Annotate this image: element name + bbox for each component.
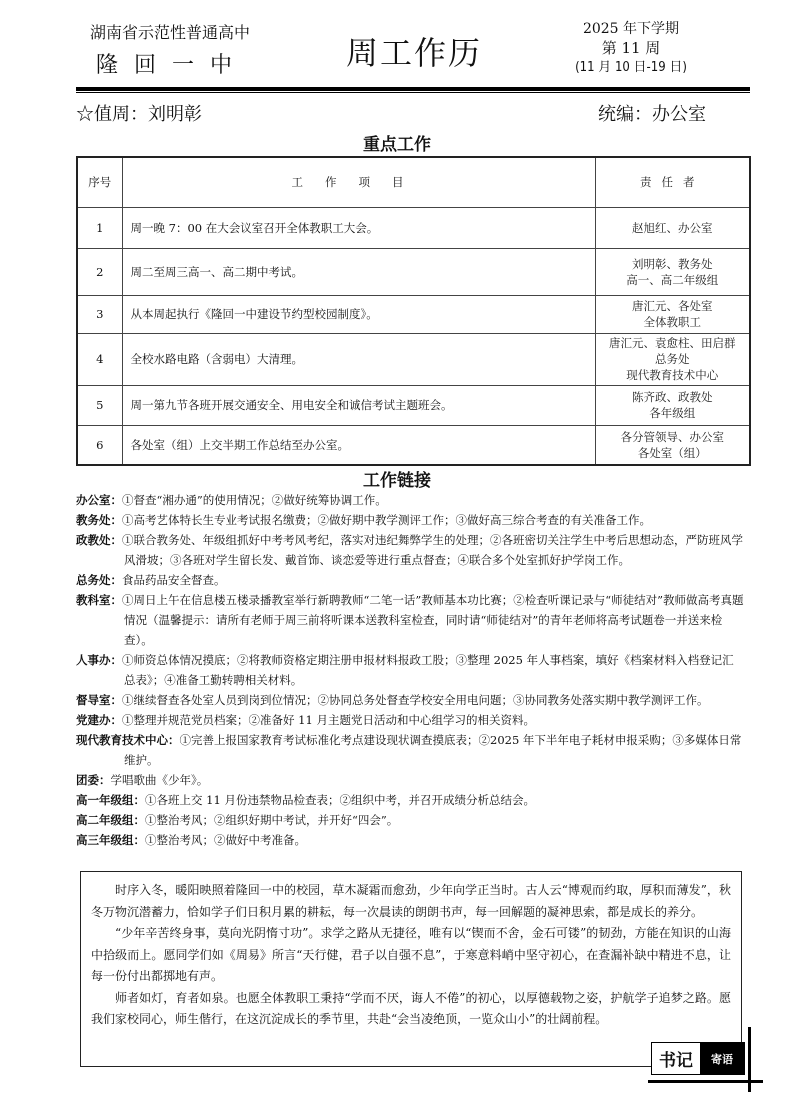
term-label: 2025 年下学期 bbox=[546, 20, 716, 39]
link-item-personnel: 人事办：①师资总体情况摸底；②将教师资格定期注册申报材料报政工股；③整理 202… bbox=[76, 650, 744, 690]
owner-line: 刘明彰、教务处 bbox=[596, 256, 750, 272]
owner-line: 各分管领导、办公室 bbox=[596, 429, 750, 445]
secretary-message-box: 时序入冬，暖阳映照着隆回一中的校园，草木凝霜而愈劲，少年向学正当时。古人云“博观… bbox=[80, 871, 742, 1067]
message-paragraph: 师者如灯，育者如泉。也愿全体教职工秉持“学而不厌，诲人不倦”的初心，以厚德载物之… bbox=[91, 988, 731, 1031]
date-range: (11 月 10 日-19 日) bbox=[546, 58, 716, 77]
header-rule-thin bbox=[76, 92, 750, 93]
badge-label-secretary: 书记 bbox=[652, 1043, 700, 1074]
duty-officer: ☆值周：刘明彰 bbox=[76, 100, 202, 126]
row-number: 2 bbox=[77, 248, 122, 295]
link-item-research-office: 教科室：①周日上午在信息楼五楼录播教室举行新聘教师“二笔一话”教师基本功比赛；②… bbox=[76, 590, 744, 650]
dept-tasks: 食品药品安全督查。 bbox=[122, 573, 226, 587]
link-item-supervision: 督导室：①继续督查各处室人员到岗到位情况；②协同总务处督查学校安全用电问题；③协… bbox=[76, 690, 744, 710]
column-header-no: 序号 bbox=[77, 157, 122, 207]
link-item-edtech-center: 现代教育技术中心：①完善上报国家教育考试标准化考点建设现状调查摸底表；②2025… bbox=[76, 730, 744, 770]
dept-tasks: ①完善上报国家教育考试标准化考点建设现状调查摸底表；②2025 年下半年电子耗材… bbox=[124, 733, 741, 767]
row-item: 周一晚 7：00 在大会议室召开全体教职工大会。 bbox=[122, 207, 595, 248]
dept-label: 党建办： bbox=[76, 713, 122, 727]
table-row: 5 周一第九节各班开展交通安全、用电安全和诚信考试主题班会。 陈齐政、政教处 各… bbox=[77, 385, 750, 425]
header-rule-thick bbox=[76, 87, 750, 91]
owner-line: 赵旭红、办公室 bbox=[596, 220, 750, 236]
row-number: 6 bbox=[77, 425, 122, 465]
term-block: 2025 年下学期 第 11 周 (11 月 10 日-19 日) bbox=[546, 20, 716, 77]
dept-tasks: ①联合教务处、年级组抓好中考考风考纪，落实对违纪舞弊学生的处理；②各班密切关注学… bbox=[122, 533, 743, 567]
badge-label-message: 寄语 bbox=[700, 1043, 744, 1074]
table-row: 4 全校水路电路（含弱电）大清理。 唐汇元、袁愈柱、田启群 总务处 现代教育技术… bbox=[77, 333, 750, 385]
dept-label: 教务处： bbox=[76, 513, 122, 527]
document-header: 湖南省示范性普通高中 隆回一中 周工作历 2025 年下学期 第 11 周 (1… bbox=[76, 18, 750, 82]
dept-tasks: ①整治考风；②做好中考准备。 bbox=[145, 833, 306, 847]
row-item: 周二至周三高一、高二期中考试。 bbox=[122, 248, 595, 295]
message-paragraph: 时序入冬，暖阳映照着隆回一中的校园，草木凝霜而愈劲，少年向学正当时。古人云“博观… bbox=[91, 880, 731, 923]
owner-line: 陈齐政、政教处 bbox=[596, 389, 750, 405]
owner-line: 现代教育技术中心 bbox=[596, 367, 750, 383]
owner-line: 唐汇元、袁愈柱、田启群 bbox=[596, 335, 750, 351]
dept-tasks: ①整理并规范党员档案；②准备好 11 月主题党日活动和中心组学习的相关资料。 bbox=[122, 713, 535, 727]
row-owner: 赵旭红、办公室 bbox=[595, 207, 750, 248]
editor-label: 统编：办公室 bbox=[598, 100, 706, 126]
dept-label: 督导室： bbox=[76, 693, 122, 707]
key-work-title: 重点工作 bbox=[0, 130, 794, 155]
link-item-office: 办公室：①督查“湘办通”的使用情况；②做好统筹协调工作。 bbox=[76, 490, 744, 510]
link-item-general-affairs: 总务处：食品药品安全督查。 bbox=[76, 570, 744, 590]
dept-tasks: ①各班上交 11 月份违禁物品检查表；②组织中考，并召开成绩分析总结会。 bbox=[145, 793, 535, 807]
column-header-item: 工作项目 bbox=[122, 157, 595, 207]
dept-tasks: ①高考艺体特长生专业考试报名缴费；②做好期中教学测评工作；③做好高三综合考查的有… bbox=[122, 513, 651, 527]
row-item: 全校水路电路（含弱电）大清理。 bbox=[122, 333, 595, 385]
row-item: 从本周起执行《隆回一中建设节约型校园制度》。 bbox=[122, 295, 595, 333]
row-owner: 陈齐政、政教处 各年级组 bbox=[595, 385, 750, 425]
owner-line: 各处室（组） bbox=[596, 445, 750, 461]
dept-label: 高一年级组： bbox=[76, 793, 145, 807]
table-row: 3 从本周起执行《隆回一中建设节约型校园制度》。 唐汇元、各处室 全体教职工 bbox=[77, 295, 750, 333]
work-links-title: 工作链接 bbox=[0, 466, 794, 491]
row-number: 5 bbox=[77, 385, 122, 425]
key-work-table: 序号 工作项目 责任者 1 周一晚 7：00 在大会议室召开全体教职工大会。 赵… bbox=[76, 156, 751, 466]
dept-label: 现代教育技术中心： bbox=[76, 733, 180, 747]
owner-line: 高一、高二年级组 bbox=[596, 272, 750, 288]
dept-tasks: ①周日上午在信息楼五楼录播教室举行新聘教师“二笔一话”教师基本功比赛；②检查听课… bbox=[122, 593, 744, 647]
row-owner: 唐汇元、袁愈柱、田启群 总务处 现代教育技术中心 bbox=[595, 333, 750, 385]
corner-mark-vertical bbox=[748, 1027, 751, 1092]
dept-label: 政教处： bbox=[76, 533, 122, 547]
row-number: 4 bbox=[77, 333, 122, 385]
dept-tasks: 学唱歌曲《少年》。 bbox=[111, 773, 209, 787]
work-links-list: 办公室：①督查“湘办通”的使用情况；②做好统筹协调工作。 教务处：①高考艺体特长… bbox=[76, 490, 744, 850]
dept-tasks: ①督查“湘办通”的使用情况；②做好统筹协调工作。 bbox=[122, 493, 387, 507]
table-row: 1 周一晚 7：00 在大会议室召开全体教职工大会。 赵旭红、办公室 bbox=[77, 207, 750, 248]
dept-label: 团委： bbox=[76, 773, 111, 787]
dept-label: 高三年级组： bbox=[76, 833, 145, 847]
corner-mark-horizontal bbox=[648, 1080, 763, 1083]
row-number: 1 bbox=[77, 207, 122, 248]
owner-line: 总务处 bbox=[596, 351, 750, 367]
table-row: 6 各处室（组）上交半期工作总结至办公室。 各分管领导、办公室 各处室（组） bbox=[77, 425, 750, 465]
link-item-grade-2: 高二年级组：①整治考风；②组织好期中考试，并开好“四会”。 bbox=[76, 810, 744, 830]
link-item-grade-3: 高三年级组：①整治考风；②做好中考准备。 bbox=[76, 830, 744, 850]
table-row: 2 周二至周三高一、高二期中考试。 刘明彰、教务处 高一、高二年级组 bbox=[77, 248, 750, 295]
owner-line: 各年级组 bbox=[596, 405, 750, 421]
row-owner: 唐汇元、各处室 全体教职工 bbox=[595, 295, 750, 333]
link-item-academic-affairs: 教务处：①高考艺体特长生专业考试报名缴费；②做好期中教学测评工作；③做好高三综合… bbox=[76, 510, 744, 530]
link-item-grade-1: 高一年级组：①各班上交 11 月份违禁物品检查表；②组织中考，并召开成绩分析总结… bbox=[76, 790, 744, 810]
row-item: 各处室（组）上交半期工作总结至办公室。 bbox=[122, 425, 595, 465]
owner-line: 全体教职工 bbox=[596, 314, 750, 330]
row-item: 周一第九节各班开展交通安全、用电安全和诚信考试主题班会。 bbox=[122, 385, 595, 425]
row-owner: 各分管领导、办公室 各处室（组） bbox=[595, 425, 750, 465]
dept-label: 办公室： bbox=[76, 493, 122, 507]
message-paragraph: “少年辛苦终身事，莫向光阴惰寸功”。求学之路从无捷径，唯有以“锲而不舍，金石可镂… bbox=[91, 923, 731, 988]
dept-label: 总务处： bbox=[76, 573, 122, 587]
link-item-party-office: 党建办：①整理并规范党员档案；②准备好 11 月主题党日活动和中心组学习的相关资… bbox=[76, 710, 744, 730]
link-item-youth-league: 团委：学唱歌曲《少年》。 bbox=[76, 770, 744, 790]
dept-label: 教科室： bbox=[76, 593, 122, 607]
dept-tasks: ①师资总体情况摸底；②将教师资格定期注册申报材料报政工股；③整理 2025 年人… bbox=[122, 653, 734, 687]
secretary-message-badge: 书记 寄语 bbox=[651, 1042, 745, 1075]
column-header-owner: 责任者 bbox=[595, 157, 750, 207]
week-label: 第 11 周 bbox=[546, 39, 716, 58]
dept-tasks: ①继续督查各处室人员到岗到位情况；②协同总务处督查学校安全用电问题；③协同教务处… bbox=[122, 693, 709, 707]
school-name: 隆回一中 bbox=[96, 48, 248, 79]
row-number: 3 bbox=[77, 295, 122, 333]
school-province-label: 湖南省示范性普通高中 bbox=[90, 20, 250, 43]
table-header-row: 序号 工作项目 责任者 bbox=[77, 157, 750, 207]
dept-label: 高二年级组： bbox=[76, 813, 145, 827]
dept-label: 人事办： bbox=[76, 653, 122, 667]
row-owner: 刘明彰、教务处 高一、高二年级组 bbox=[595, 248, 750, 295]
link-item-political-education: 政教处：①联合教务处、年级组抓好中考考风考纪，落实对违纪舞弊学生的处理；②各班密… bbox=[76, 530, 744, 570]
page-title: 周工作历 bbox=[346, 28, 482, 74]
owner-line: 唐汇元、各处室 bbox=[596, 298, 750, 314]
dept-tasks: ①整治考风；②组织好期中考试，并开好“四会”。 bbox=[145, 813, 398, 827]
